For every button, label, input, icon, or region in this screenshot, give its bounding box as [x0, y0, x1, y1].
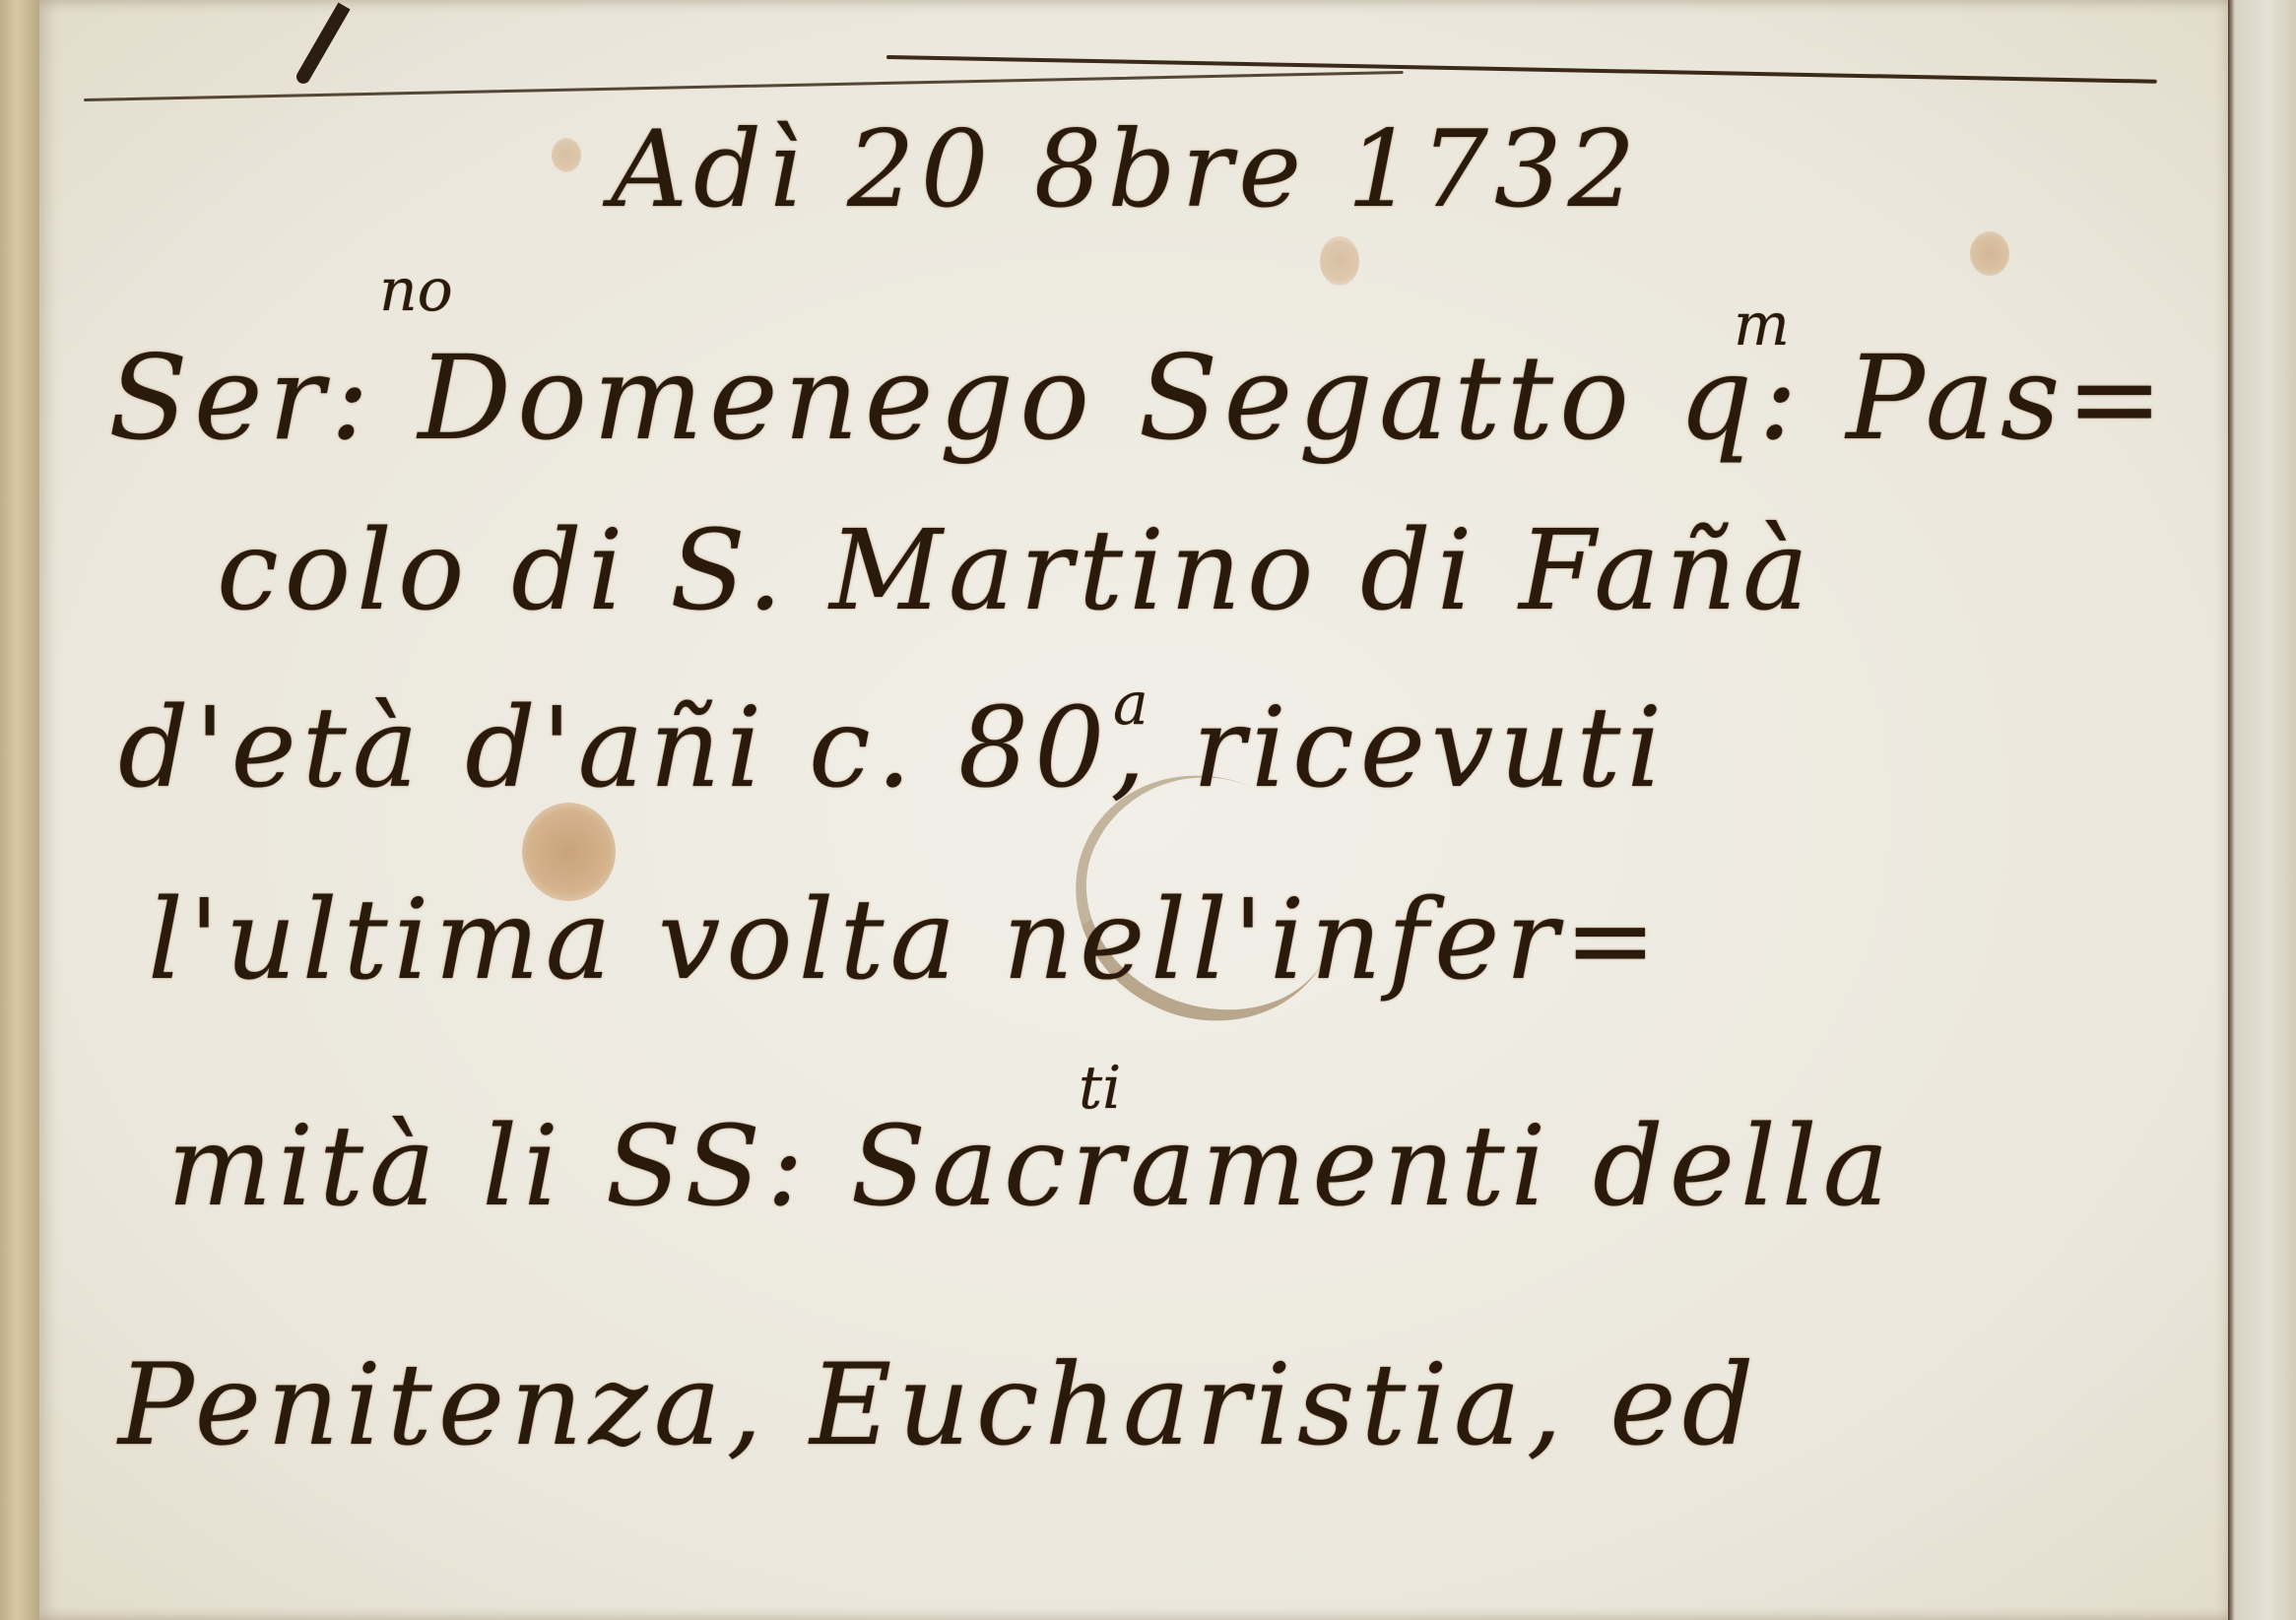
- book-binding: [0, 0, 39, 1620]
- text-line-6: Penitenza, Eucharistia, ed: [118, 1339, 1760, 1470]
- text-line-5: mità li SS: Sacramenti della: [167, 1103, 1894, 1231]
- page-edge: [2228, 0, 2296, 1620]
- text-line-1: Ser: Domenego Segatto q: Pas=: [108, 330, 2169, 466]
- foxing-spot: [1320, 236, 1359, 286]
- foxing-spot: [552, 138, 581, 172]
- text-line-2: colo di S. Martino di Fañà: [217, 507, 1814, 635]
- text-line-4: l'ultima volta nell'infer=: [148, 876, 1663, 1004]
- superscript-abbrev: m: [1734, 291, 1790, 359]
- superscript-abbrev: no: [379, 256, 453, 325]
- text-line-3: d'età d'añi c. 80, ricevuti: [118, 684, 1668, 812]
- superscript-abbrev: a: [1113, 670, 1148, 739]
- entry-date-heading: Adì 20 8bre 1732: [611, 108, 1641, 231]
- foxing-spot: [1970, 231, 2009, 276]
